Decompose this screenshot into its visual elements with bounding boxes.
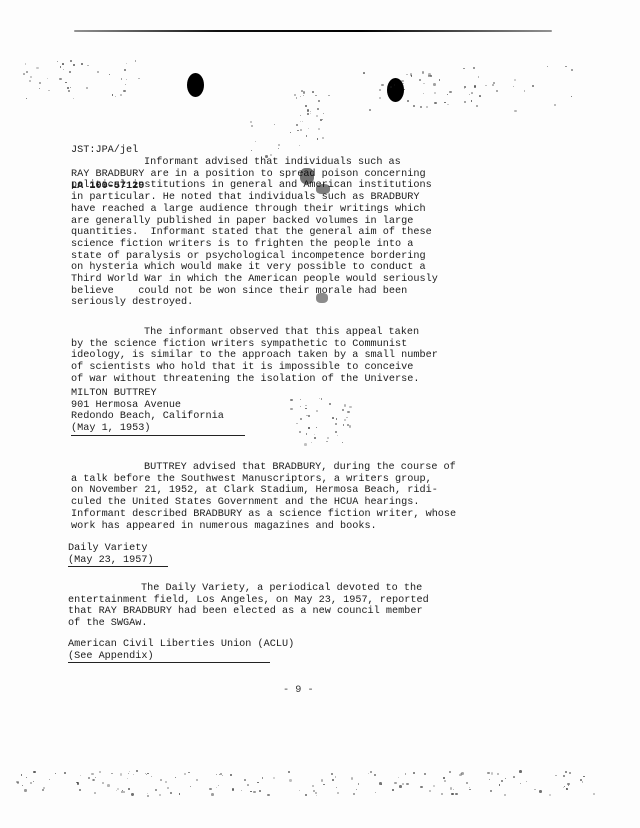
noise-speck <box>368 773 369 774</box>
noise-speck <box>47 78 48 79</box>
noise-speck <box>155 789 157 791</box>
source-body-buttrey: BUTTREY advised that BRADBURY, during th… <box>71 462 456 532</box>
text-line: The Daily Variety, a periodical devoted … <box>68 583 429 595</box>
noise-speck <box>216 774 217 775</box>
noise-speck <box>218 785 219 786</box>
noise-speck <box>117 788 119 790</box>
text-line: RAY BRADBURY are in a position to spread… <box>71 169 438 181</box>
noise-speck <box>300 399 301 400</box>
noise-speck <box>344 419 346 421</box>
noise-speck <box>315 95 317 97</box>
noise-speck <box>318 100 320 102</box>
noise-speck <box>290 132 291 133</box>
noise-speck <box>39 82 41 84</box>
noise-speck <box>549 794 551 796</box>
noise-speck <box>175 777 176 778</box>
noise-speck <box>244 779 246 781</box>
ink-blot <box>316 184 330 194</box>
noise-speck <box>29 80 31 82</box>
noise-speck <box>303 95 304 96</box>
noise-speck <box>593 793 595 795</box>
paragraph-informant-observed: The informant observed that this appeal … <box>71 327 438 386</box>
noise-speck <box>433 83 436 86</box>
noise-speck <box>306 433 308 435</box>
noise-speck <box>428 75 430 77</box>
noise-speck <box>278 144 279 145</box>
noise-speck <box>567 783 570 786</box>
noise-speck <box>127 778 128 779</box>
noise-speck <box>407 100 409 102</box>
noise-speck <box>466 782 468 784</box>
noise-speck <box>419 79 421 81</box>
noise-speck <box>426 106 428 108</box>
noise-speck <box>487 772 489 774</box>
noise-speck <box>302 121 303 122</box>
noise-speck <box>170 792 172 794</box>
noise-speck <box>381 84 383 86</box>
noise-speck <box>336 787 337 788</box>
text-line: of the SWGAw. <box>68 618 429 630</box>
noise-speck <box>434 92 436 94</box>
noise-speck <box>476 105 478 107</box>
source-body-variety: The Daily Variety, a periodical devoted … <box>68 583 429 630</box>
noise-speck <box>251 125 253 127</box>
noise-speck <box>444 102 446 104</box>
noise-speck <box>124 69 126 71</box>
noise-speck <box>121 78 123 80</box>
noise-speck <box>222 775 223 776</box>
noise-speck <box>159 794 161 796</box>
noise-speck <box>554 104 556 106</box>
noise-speck <box>322 119 323 120</box>
noise-speck <box>469 789 470 790</box>
noise-speck <box>95 777 97 779</box>
noise-speck <box>496 90 498 92</box>
noise-speck <box>151 776 153 778</box>
noise-speck <box>312 785 314 787</box>
noise-speck <box>394 782 397 785</box>
noise-speck <box>430 75 431 76</box>
document-page: JST:JPA/jel LA 100-57129 Informant advis… <box>0 0 640 828</box>
noise-speck <box>88 777 90 779</box>
noise-speck <box>526 781 527 782</box>
noise-speck <box>519 770 522 773</box>
noise-speck <box>250 791 252 793</box>
noise-speck <box>300 129 302 131</box>
noise-speck <box>353 793 355 795</box>
noise-speck <box>571 96 572 97</box>
noise-speck <box>133 774 134 775</box>
noise-speck <box>120 773 123 776</box>
text-line: believe could not be won since their mor… <box>71 286 438 298</box>
noise-speck <box>422 71 425 74</box>
noise-speck <box>317 108 319 110</box>
noise-speck <box>25 63 26 64</box>
noise-speck <box>406 783 408 785</box>
noise-speck <box>300 115 301 116</box>
noise-speck <box>447 94 448 95</box>
noise-speck <box>464 86 466 88</box>
noise-speck <box>379 89 381 91</box>
noise-speck <box>33 781 34 782</box>
source-heading-line: MILTON BUTTREY <box>71 388 245 400</box>
noise-speck <box>343 424 345 426</box>
noise-speck <box>308 128 309 129</box>
noise-speck <box>349 425 351 427</box>
noise-speck <box>499 784 501 786</box>
noise-speck <box>342 442 343 443</box>
noise-speck <box>335 431 337 433</box>
noise-speck <box>479 95 481 97</box>
noise-speck <box>267 794 270 797</box>
text-line: of war without threatening the isolation… <box>71 374 438 386</box>
noise-speck <box>99 771 101 773</box>
noise-speck <box>87 65 89 67</box>
source-heading-line: American Civil Liberties Union (ACLU) <box>68 639 294 651</box>
noise-speck <box>332 779 334 781</box>
text-line: Third World War in which the American pe… <box>71 274 438 286</box>
source-heading-line: Redondo Beach, California <box>71 411 245 423</box>
noise-speck <box>344 404 347 407</box>
noise-speck <box>49 779 50 780</box>
noise-speck <box>126 79 127 80</box>
noise-speck <box>447 104 448 105</box>
noise-speck <box>539 790 541 792</box>
noise-speck <box>69 71 71 73</box>
noise-speck <box>92 779 94 781</box>
noise-speck <box>305 408 307 410</box>
noise-speck <box>188 772 190 774</box>
noise-speck <box>64 772 66 774</box>
noise-speck <box>337 792 339 794</box>
noise-speck <box>504 794 506 796</box>
noise-speck <box>102 782 104 784</box>
noise-speck <box>423 93 424 94</box>
noise-speck <box>211 793 214 796</box>
noise-speck <box>310 113 311 114</box>
noise-speck <box>308 415 310 417</box>
noise-speck <box>317 138 319 140</box>
noise-speck <box>59 78 62 81</box>
noise-speck <box>463 68 465 70</box>
noise-speck <box>307 109 309 111</box>
noise-speck <box>513 86 514 87</box>
text-line: seriously destroyed. <box>71 297 438 309</box>
noise-speck <box>390 86 392 88</box>
noise-speck <box>370 771 372 773</box>
noise-speck <box>564 786 565 787</box>
noise-speck <box>79 789 81 791</box>
noise-speck <box>22 785 24 787</box>
noise-speck <box>160 779 161 780</box>
ink-blot <box>316 293 328 303</box>
noise-speck <box>405 773 407 775</box>
noise-speck <box>485 85 486 86</box>
noise-speck <box>209 788 212 791</box>
noise-speck <box>513 776 515 778</box>
noise-speck <box>406 74 408 76</box>
source-date: (May 1, 1953) <box>71 423 245 436</box>
noise-speck <box>257 782 259 784</box>
noise-speck <box>262 777 263 778</box>
noise-speck <box>335 423 337 425</box>
noise-speck <box>297 130 298 131</box>
noise-speck <box>304 443 307 446</box>
text-line: science fiction writers is to frighten t… <box>71 239 438 251</box>
noise-speck <box>57 61 58 62</box>
noise-speck <box>492 84 494 86</box>
noise-speck <box>347 411 349 413</box>
noise-speck <box>62 63 64 65</box>
noise-speck <box>331 773 333 775</box>
noise-speck <box>363 72 365 74</box>
noise-speck <box>184 773 187 776</box>
noise-speck <box>423 83 424 84</box>
noise-speck <box>165 781 167 783</box>
noise-speck <box>450 787 452 789</box>
noise-speck <box>115 96 116 97</box>
noise-speck <box>569 772 571 774</box>
text-line: culed the United States Government and t… <box>71 497 456 509</box>
noise-speck <box>306 135 307 136</box>
noise-speck <box>26 98 27 99</box>
noise-speck <box>300 418 302 420</box>
noise-speck <box>80 775 81 776</box>
noise-speck <box>70 60 72 62</box>
noise-speck <box>534 789 536 791</box>
noise-speck <box>520 783 521 784</box>
noise-speck <box>316 795 317 796</box>
top-rule-line <box>74 30 552 32</box>
noise-speck <box>39 88 40 89</box>
noise-speck <box>305 105 307 107</box>
noise-speck <box>420 786 422 788</box>
noise-speck <box>138 78 139 79</box>
noise-speck <box>469 787 470 788</box>
source-date: (See Appendix) <box>68 651 270 664</box>
noise-speck <box>501 780 503 782</box>
text-line: of scientists who hold that it is imposs… <box>71 362 438 374</box>
noise-speck <box>375 792 376 793</box>
noise-speck <box>73 98 74 99</box>
noise-speck <box>316 427 317 428</box>
noise-speck <box>299 145 300 146</box>
noise-speck <box>216 787 217 788</box>
noise-speck <box>63 69 64 70</box>
noise-speck <box>532 85 534 87</box>
noise-speck <box>449 91 451 93</box>
noise-speck <box>299 790 300 791</box>
noise-speck <box>514 79 516 81</box>
noise-speck <box>305 405 307 407</box>
noise-speck <box>455 793 458 796</box>
noise-speck <box>126 63 127 64</box>
text-line: a talk before the Southwest Manuscriptor… <box>71 474 456 486</box>
noise-speck <box>67 87 68 88</box>
noise-speck <box>55 773 57 775</box>
noise-speck <box>311 442 312 443</box>
noise-speck <box>451 793 453 795</box>
noise-speck <box>196 779 198 781</box>
noise-speck <box>48 90 49 91</box>
noise-speck <box>289 779 291 781</box>
page-number: - 9 - <box>283 685 314 696</box>
noise-speck <box>136 770 137 771</box>
noise-speck <box>128 773 130 775</box>
noise-speck <box>474 85 476 87</box>
reference-initials: JST:JPA/jel <box>71 145 144 157</box>
noise-speck <box>232 788 235 791</box>
noise-speck <box>316 410 318 412</box>
noise-speck <box>147 773 149 775</box>
noise-speck <box>316 115 318 117</box>
noise-speck <box>296 423 298 425</box>
source-heading-variety: Daily Variety(May 23, 1957) <box>68 543 168 567</box>
noise-speck <box>303 91 305 93</box>
noise-speck <box>147 793 148 794</box>
noise-speck <box>369 109 371 111</box>
paragraph-informant-advised: Informant advised that individuals such … <box>71 157 438 309</box>
text-line: ideology, is similar to the approach tak… <box>71 350 438 362</box>
noise-speck <box>497 773 499 775</box>
noise-speck <box>107 784 110 787</box>
noise-speck <box>401 80 403 82</box>
text-line: political institutions in general and Am… <box>71 180 438 192</box>
noise-speck <box>30 782 32 784</box>
noise-speck <box>571 69 573 71</box>
noise-speck <box>453 789 454 790</box>
noise-speck <box>424 773 426 775</box>
noise-speck <box>308 427 310 429</box>
noise-speck <box>122 790 123 791</box>
noise-speck <box>24 789 26 791</box>
text-line: that RAY BRADBURY had been elected as a … <box>68 606 429 618</box>
noise-speck <box>321 779 324 782</box>
text-line: entertainment field, Los Angeles, on May… <box>68 595 429 607</box>
noise-speck <box>321 398 323 400</box>
noise-speck <box>374 774 376 776</box>
noise-speck <box>86 87 88 89</box>
noise-speck <box>410 73 412 75</box>
text-line: have reached a large audience through th… <box>71 204 438 216</box>
text-line: Informant described BRADBURY as a scienc… <box>71 509 456 521</box>
noise-speck <box>278 148 279 149</box>
noise-speck <box>478 76 479 77</box>
noise-speck <box>259 790 261 792</box>
noise-speck <box>273 777 275 779</box>
noise-speck <box>505 778 506 779</box>
noise-speck <box>220 773 222 775</box>
noise-speck <box>36 67 38 69</box>
noise-speck <box>299 431 301 433</box>
text-line: on November 21, 1952, at Clark Stadium, … <box>71 485 456 497</box>
noise-speck <box>97 71 99 73</box>
noise-speck <box>490 790 491 791</box>
noise-speck <box>23 73 25 75</box>
noise-speck <box>116 790 117 791</box>
noise-speck <box>433 785 435 787</box>
noise-speck <box>305 794 307 796</box>
punch-hole-left <box>187 73 204 97</box>
noise-speck <box>336 418 338 420</box>
noise-speck <box>379 97 381 99</box>
noise-speck <box>351 777 353 779</box>
text-line: by the science fiction writers sympathet… <box>71 339 438 351</box>
noise-speck <box>413 105 415 107</box>
noise-speck <box>402 783 404 785</box>
noise-speck <box>131 793 133 795</box>
noise-speck <box>42 789 43 790</box>
noise-speck <box>404 89 405 90</box>
text-line: work has appeared in numerous magazines … <box>71 521 456 533</box>
noise-speck <box>469 94 470 95</box>
noise-speck <box>349 406 352 409</box>
noise-speck <box>123 90 125 92</box>
noise-speck <box>16 781 18 783</box>
noise-speck <box>337 435 338 436</box>
noise-speck <box>26 777 28 779</box>
noise-speck <box>399 785 402 788</box>
noise-speck <box>290 399 293 402</box>
noise-speck <box>328 95 330 97</box>
noise-speck <box>288 771 291 774</box>
noise-speck <box>443 777 445 779</box>
noise-speck <box>555 775 557 777</box>
noise-speck <box>335 776 337 778</box>
noise-speck <box>346 417 348 419</box>
noise-speck <box>81 63 83 65</box>
noise-speck <box>294 94 296 96</box>
noise-speck <box>491 772 493 774</box>
noise-speck <box>33 771 35 773</box>
noise-speck <box>43 787 45 789</box>
text-line: are generally published in paper backed … <box>71 216 438 228</box>
noise-speck <box>514 110 517 113</box>
source-date: (May 23, 1957) <box>68 555 168 568</box>
noise-speck <box>565 66 566 67</box>
noise-speck <box>167 787 168 788</box>
noise-speck <box>73 64 75 66</box>
noise-speck <box>109 74 111 76</box>
noise-speck <box>582 781 583 782</box>
noise-speck <box>68 90 70 92</box>
text-line: on hysteria which would make it very pos… <box>71 262 438 274</box>
noise-speck <box>314 434 316 436</box>
noise-speck <box>247 784 249 786</box>
noise-speck <box>566 788 567 789</box>
noise-speck <box>111 773 112 774</box>
noise-speck <box>439 79 440 80</box>
noise-speck <box>312 91 314 93</box>
noise-speck <box>547 66 548 67</box>
noise-speck <box>347 424 348 425</box>
noise-speck <box>296 97 297 98</box>
noise-speck <box>125 84 127 86</box>
noise-speck <box>94 792 96 794</box>
noise-speck <box>120 94 122 96</box>
noise-speck <box>434 102 436 104</box>
noise-speck <box>300 96 301 97</box>
noise-speck <box>190 786 191 787</box>
noise-speck <box>255 141 257 143</box>
noise-speck <box>270 154 272 156</box>
noise-speck <box>290 408 293 411</box>
noise-speck <box>307 113 309 115</box>
noise-speck <box>253 791 255 793</box>
noise-speck <box>459 774 461 776</box>
source-heading-buttrey: MILTON BUTTREY901 Hermosa AvenueRedondo … <box>71 388 245 436</box>
noise-speck <box>473 67 475 69</box>
